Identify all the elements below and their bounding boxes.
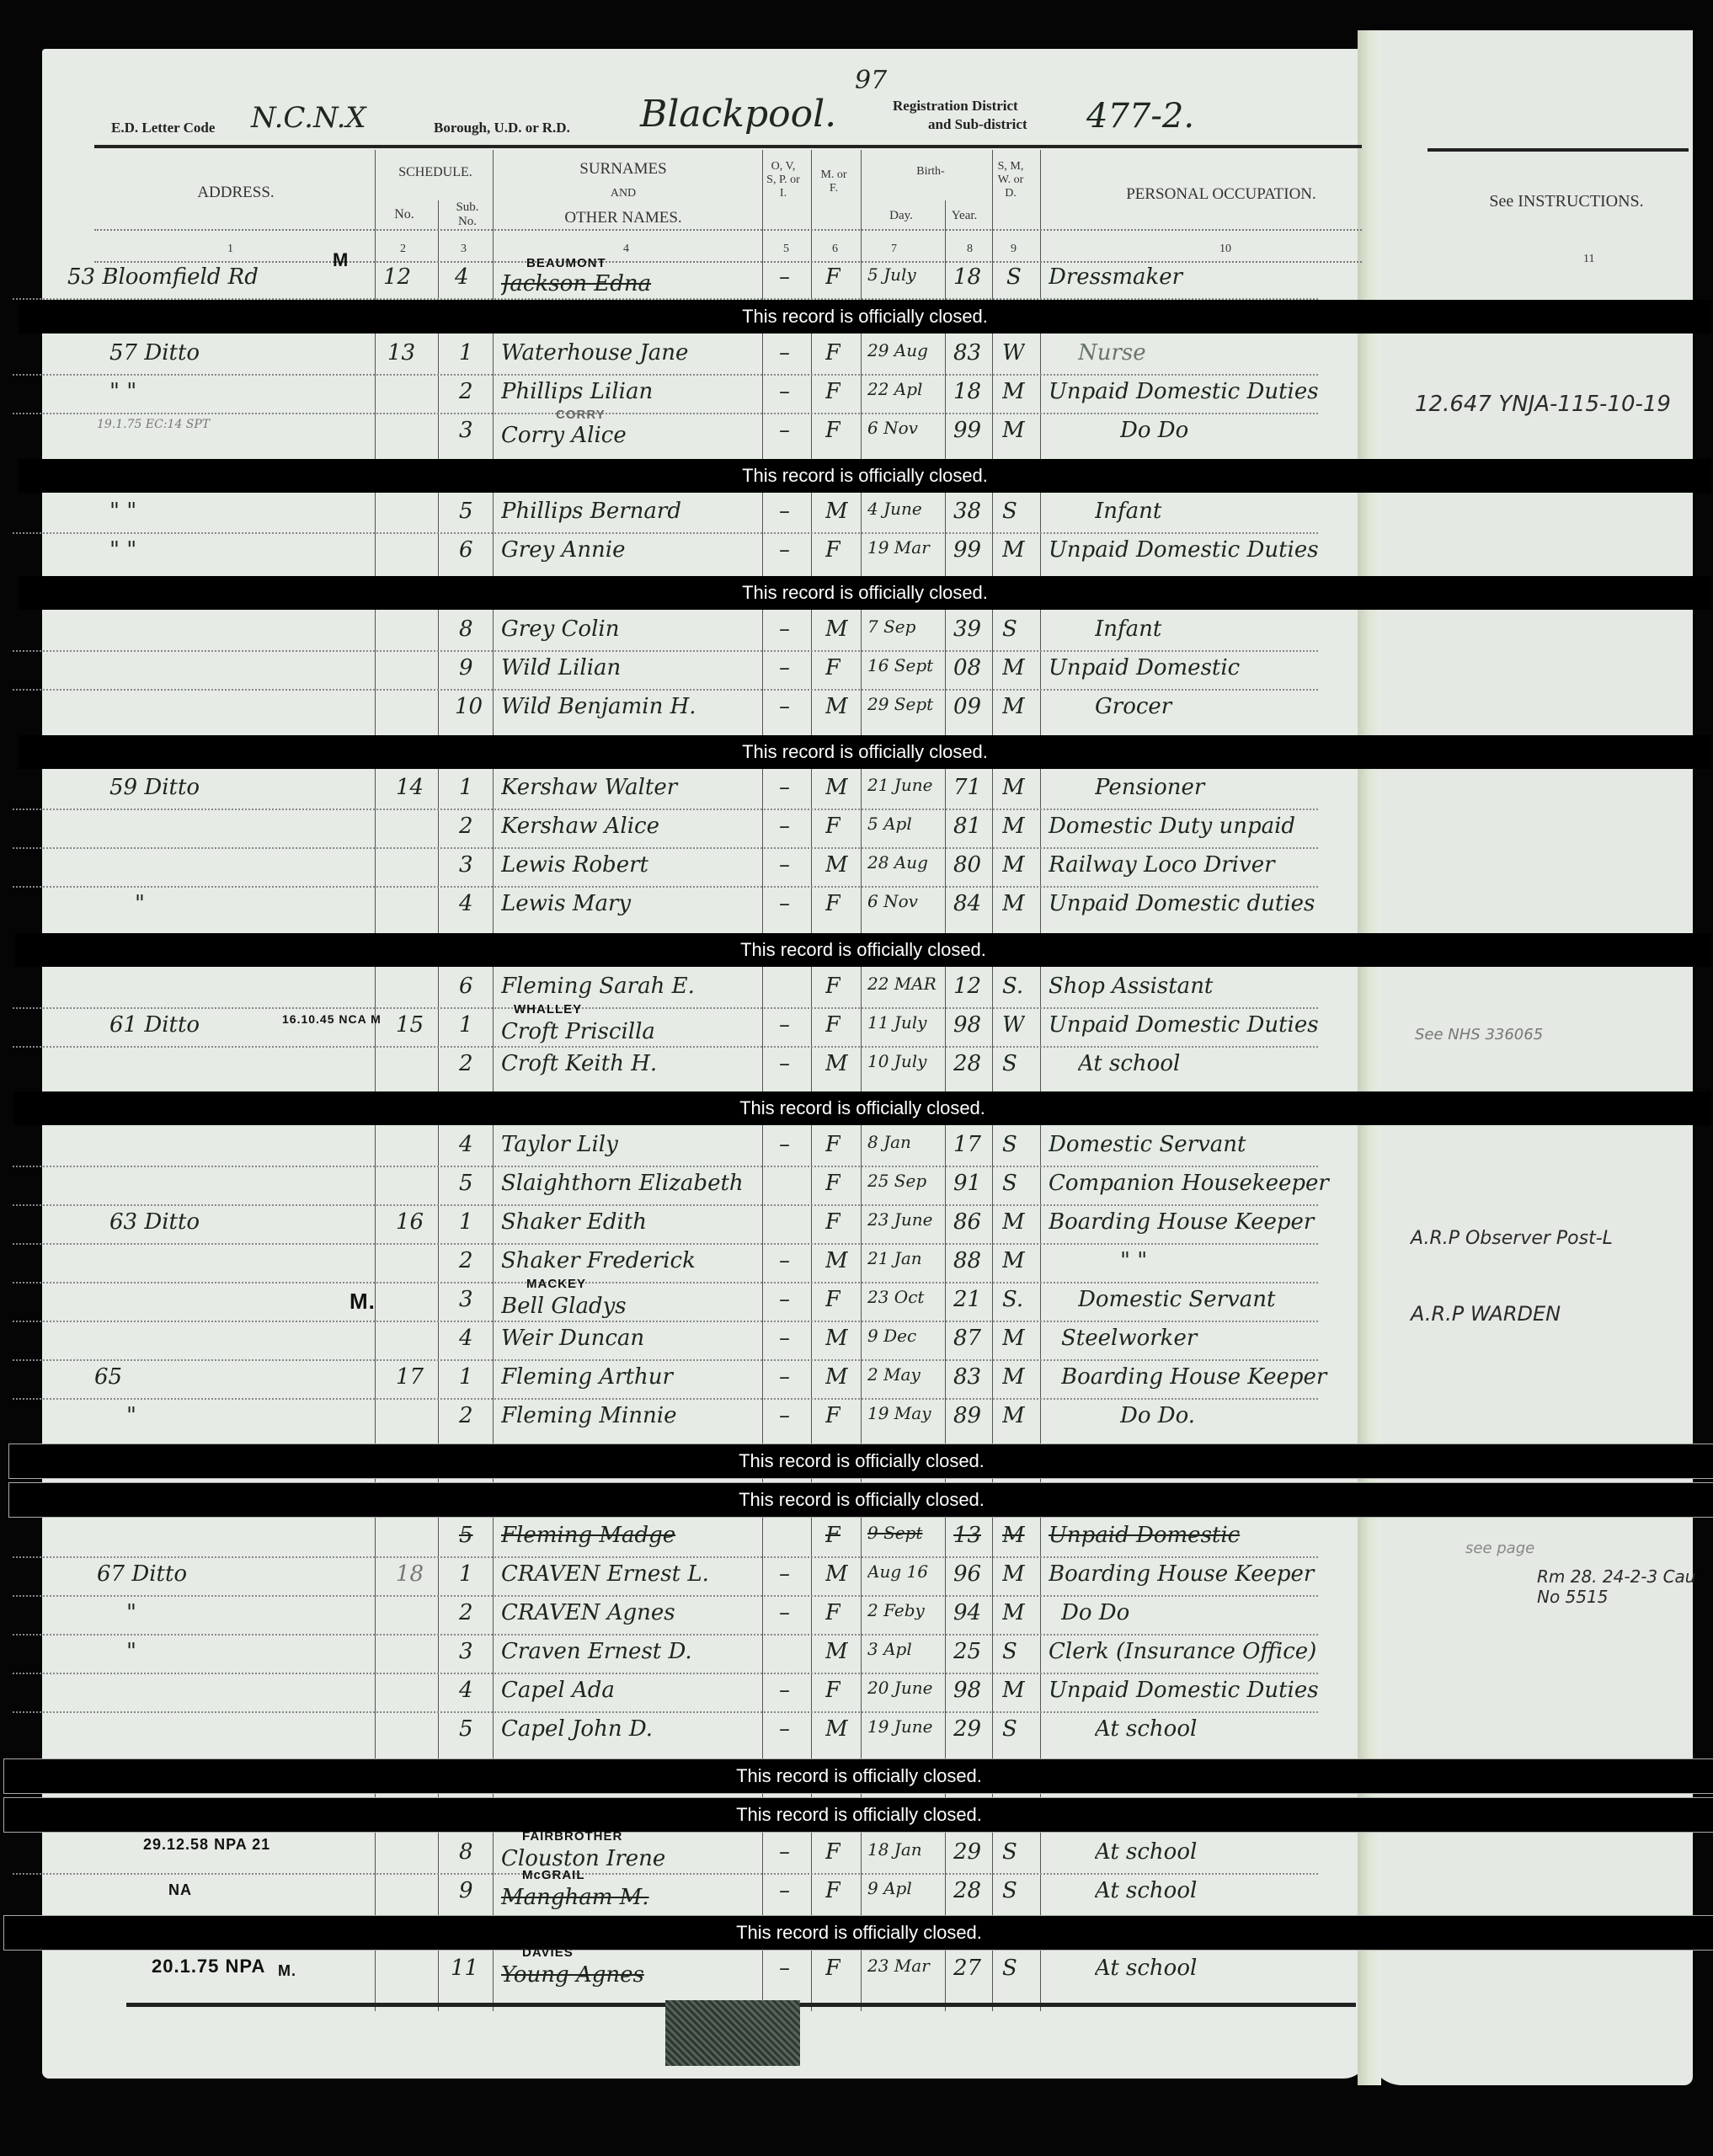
col11-note: Rm 28. 24-2-3 Cau No 5515 bbox=[1537, 1566, 1705, 1607]
sub-no-cell: 4 bbox=[459, 1132, 473, 1157]
birth-day-cell: 28 Aug bbox=[867, 852, 943, 873]
name-cell: Weir Duncan bbox=[501, 1326, 754, 1351]
col-num-4: 4 bbox=[623, 243, 629, 256]
birth-day-cell: 9 Apl bbox=[867, 1878, 943, 1898]
birth-day-cell: 5 July bbox=[867, 264, 943, 285]
ovspi-cell: – bbox=[779, 1051, 790, 1076]
sex-cell: F bbox=[825, 1209, 840, 1235]
table-row[interactable]: 9 Wild Lilian – F 16 Sept 08 M Unpaid Do… bbox=[0, 652, 1326, 691]
marital-cell: M bbox=[1002, 1678, 1025, 1703]
address-cell: " bbox=[126, 1600, 136, 1625]
address-annotation: 29.12.58 NPA 21 bbox=[143, 1836, 270, 1854]
col-surnames: SURNAMES bbox=[539, 160, 707, 179]
birth-day-cell: 23 Oct bbox=[867, 1287, 943, 1307]
closed-record-bar: This record is officially closed. bbox=[8, 1444, 1713, 1479]
sex-cell: M bbox=[825, 1248, 848, 1273]
occupation-cell: Domestic Servant bbox=[1078, 1287, 1356, 1312]
address-cell: 63 Ditto bbox=[109, 1209, 362, 1235]
name-cell: Wild Lilian bbox=[501, 655, 754, 680]
ed-letter-code-label: E.D. Letter Code bbox=[111, 120, 215, 136]
occupation-cell: Clerk (Insurance Office) bbox=[1049, 1639, 1360, 1664]
ovspi-cell: – bbox=[779, 499, 790, 524]
sub-no-cell: 4 bbox=[455, 264, 469, 290]
birth-day-cell: 20 June bbox=[867, 1678, 943, 1698]
col-ovspi: O, V, S, P. or I. bbox=[766, 160, 800, 200]
address-cell: " bbox=[135, 891, 145, 916]
name-cell: Lewis Robert bbox=[501, 852, 754, 878]
marital-cell: M bbox=[1002, 1523, 1025, 1548]
schedule-no-cell: 15 bbox=[396, 1012, 424, 1038]
name-correction: DAVIES bbox=[522, 1945, 574, 1960]
sex-cell: M bbox=[825, 1561, 848, 1587]
marital-cell: S. bbox=[1002, 1287, 1023, 1312]
table-row[interactable]: 67 Ditto 18 1 CRAVEN Ernest L. – M Aug 1… bbox=[0, 1558, 1326, 1597]
birth-day-cell: 22 Apl bbox=[867, 379, 943, 399]
birth-day-cell: 8 Jan bbox=[867, 1132, 943, 1152]
sub-no-cell: 8 bbox=[459, 616, 473, 642]
col-other-names: OTHER NAMES. bbox=[539, 209, 707, 227]
birth-day-cell: 22 MAR bbox=[867, 974, 943, 994]
name-cell: Grey Annie bbox=[501, 537, 754, 563]
page-number: 97 bbox=[855, 66, 887, 95]
sub-no-cell: 2 bbox=[459, 379, 473, 404]
closed-record-bar: This record is officially closed. bbox=[8, 1482, 1713, 1518]
table-row[interactable]: 65 17 1 Fleming Arthur – M 2 May 83 M Bo… bbox=[0, 1361, 1326, 1400]
sub-no-cell: 8 bbox=[459, 1839, 473, 1865]
birth-year-cell: 25 bbox=[953, 1639, 981, 1664]
table-row[interactable]: 19.1.75 EC:14 SPT 3 CORRY Corry Alice – … bbox=[0, 414, 1326, 453]
birth-year-cell: 87 bbox=[953, 1326, 981, 1351]
marital-cell: S bbox=[1002, 1639, 1017, 1664]
table-row[interactable]: 29.12.58 NPA 21 8 FAIRBROTHER Clouston I… bbox=[0, 1836, 1326, 1875]
sex-cell: F bbox=[825, 1523, 840, 1548]
address-annotation: M. bbox=[350, 1289, 376, 1315]
address-cell: 57 Ditto bbox=[109, 340, 362, 366]
col-num-11: 11 bbox=[1583, 253, 1594, 266]
name-cell: Capel Ada bbox=[501, 1678, 754, 1703]
sub-no-cell: 3 bbox=[459, 418, 473, 443]
birth-day-cell: 29 Aug bbox=[867, 340, 943, 360]
closed-record-bar: This record is officially closed. bbox=[19, 300, 1711, 334]
borough-value: Blackpool. bbox=[640, 93, 836, 136]
address-cell: 53 Bloomfield Rd bbox=[67, 264, 371, 290]
birth-day-cell: 16 Sept bbox=[867, 655, 943, 675]
closed-record-bar: This record is officially closed. bbox=[3, 1758, 1713, 1794]
table-row[interactable]: 63 Ditto 16 1 Shaker Edith F 23 June 86 … bbox=[0, 1206, 1326, 1245]
occupation-cell: Do Do bbox=[1120, 418, 1356, 443]
schedule-no-cell: 13 bbox=[387, 340, 415, 366]
marital-cell: S. bbox=[1002, 974, 1023, 999]
name-cell: Phillips Lilian bbox=[501, 379, 754, 404]
birth-year-cell: 98 bbox=[953, 1012, 981, 1038]
sub-no-cell: 6 bbox=[459, 974, 473, 999]
occupation-cell: Do Do bbox=[1061, 1600, 1356, 1625]
marital-annotation: M. bbox=[278, 1962, 296, 1980]
sex-cell: M bbox=[825, 852, 848, 878]
birth-year-cell: 12 bbox=[953, 974, 981, 999]
ovspi-cell: – bbox=[779, 1132, 790, 1157]
sub-no-cell: 9 bbox=[459, 1878, 473, 1903]
name-cell: Waterhouse Jane bbox=[501, 340, 754, 366]
ovspi-cell: – bbox=[779, 1012, 790, 1038]
table-row[interactable]: " " 5 Phillips Bernard – M 4 June 38 S I… bbox=[0, 495, 1326, 534]
sub-no-cell: 2 bbox=[459, 1248, 473, 1273]
table-row[interactable]: 2 Shaker Frederick – M 21 Jan 88 M " " bbox=[0, 1245, 1326, 1283]
birth-year-cell: 99 bbox=[953, 418, 981, 443]
sex-cell: M bbox=[825, 1051, 848, 1076]
table-row[interactable]: 57 Ditto 13 1 Waterhouse Jane – F 29 Aug… bbox=[0, 337, 1326, 376]
marital-cell: M bbox=[1002, 655, 1025, 680]
col11-note: A.R.P WARDEN bbox=[1411, 1302, 1561, 1326]
occupation-cell: Boarding House Keeper bbox=[1049, 1561, 1360, 1587]
name-cell: Wild Benjamin H. bbox=[501, 694, 754, 719]
table-row[interactable]: 5 Slaighthorn Elizabeth F 25 Sep 91 S Co… bbox=[0, 1167, 1326, 1206]
schedule-no-cell: 18 bbox=[396, 1561, 424, 1587]
table-row[interactable]: 10 Wild Benjamin H. – M 29 Sept 09 M Gro… bbox=[0, 691, 1326, 729]
occupation-cell: Companion Housekeeper bbox=[1049, 1171, 1360, 1196]
ovspi-cell: – bbox=[779, 1364, 790, 1390]
ovspi-cell: – bbox=[779, 655, 790, 680]
ovspi-cell: – bbox=[779, 1678, 790, 1703]
birth-year-cell: 18 bbox=[953, 379, 981, 404]
col-num-1: 1 bbox=[227, 243, 233, 256]
occupation-cell: Unpaid Domestic Duties bbox=[1049, 1012, 1360, 1038]
address-cell: 65 bbox=[94, 1364, 122, 1390]
marital-cell: M bbox=[1002, 1248, 1025, 1273]
name-cell: CRAVEN Agnes bbox=[501, 1600, 754, 1625]
table-row[interactable]: 2 Croft Keith H. – M 10 July 28 S At sch… bbox=[0, 1048, 1326, 1086]
address-annotation: M bbox=[333, 249, 349, 271]
sub-no-cell: 1 bbox=[459, 340, 473, 366]
address-cell: " bbox=[126, 1639, 136, 1664]
name-cell: Croft Keith H. bbox=[501, 1051, 754, 1076]
name-cell: Grey Colin bbox=[501, 616, 754, 642]
sex-cell: F bbox=[825, 1878, 840, 1903]
name-cell: Young Agnes bbox=[501, 1962, 754, 1988]
col-instructions: See INSTRUCTIONS. bbox=[1465, 192, 1668, 211]
sub-no-cell: 10 bbox=[455, 694, 483, 719]
marital-cell: W bbox=[1002, 340, 1025, 366]
col11-note: See NHS 336065 bbox=[1415, 1026, 1543, 1043]
ovspi-cell: – bbox=[779, 1248, 790, 1273]
sex-cell: M bbox=[825, 1716, 848, 1742]
address-annotation: 16.10.45 NCA M bbox=[282, 1012, 382, 1026]
table-row[interactable]: 53 Bloomfield Rd M 12 4 BEAUMONT Jackson… bbox=[0, 261, 1326, 300]
birth-year-cell: 86 bbox=[953, 1209, 981, 1235]
name-cell: Lewis Mary bbox=[501, 891, 754, 916]
birth-day-cell: 19 June bbox=[867, 1716, 943, 1737]
birth-year-cell: 08 bbox=[953, 655, 981, 680]
sex-cell: F bbox=[825, 1839, 840, 1865]
birth-day-cell: 23 June bbox=[867, 1209, 943, 1230]
closed-record-bar: This record is officially closed. bbox=[3, 1797, 1713, 1833]
birth-year-cell: 96 bbox=[953, 1561, 981, 1587]
sex-cell: M bbox=[825, 616, 848, 642]
birth-year-cell: 18 bbox=[953, 264, 981, 290]
occupation-cell: Pensioner bbox=[1095, 775, 1347, 800]
occupation-cell: Domestic Duty unpaid bbox=[1049, 814, 1360, 839]
marital-cell: S bbox=[1002, 1171, 1017, 1196]
name-cell: Fleming Sarah E. bbox=[501, 974, 754, 999]
marital-cell: S bbox=[1002, 1878, 1017, 1903]
birth-year-cell: 84 bbox=[953, 891, 981, 916]
ovspi-cell: – bbox=[779, 1600, 790, 1625]
birth-day-cell: Aug 16 bbox=[867, 1561, 943, 1582]
ovspi-cell: – bbox=[779, 1956, 790, 1981]
col11-note: 12.647 YNJA-115-10-19 bbox=[1415, 392, 1671, 417]
ovspi-cell: – bbox=[779, 1403, 790, 1428]
col-num-6: 6 bbox=[832, 243, 838, 256]
address-annotation: NA bbox=[168, 1881, 192, 1899]
birth-year-cell: 29 bbox=[953, 1839, 981, 1865]
occupation-cell: Shop Assistant bbox=[1049, 974, 1360, 999]
occupation-cell: Do Do. bbox=[1120, 1403, 1356, 1428]
col-and: AND bbox=[539, 187, 707, 200]
sub-no-cell: 6 bbox=[459, 537, 473, 563]
sex-cell: F bbox=[825, 264, 840, 290]
name-correction: FAIRBROTHER bbox=[522, 1829, 622, 1844]
occupation-cell: Unpaid Domestic bbox=[1049, 1523, 1360, 1548]
occupation-cell: Grocer bbox=[1095, 694, 1347, 719]
birth-day-cell: 10 July bbox=[867, 1051, 943, 1071]
address-cell: " " bbox=[109, 379, 362, 404]
birth-year-cell: 81 bbox=[953, 814, 981, 839]
name-cell: Shaker Edith bbox=[501, 1209, 754, 1235]
birth-year-cell: 71 bbox=[953, 775, 981, 800]
sex-cell: F bbox=[825, 1600, 840, 1625]
sub-no-cell: 5 bbox=[459, 1523, 473, 1548]
name-cell: Mangham M. bbox=[501, 1885, 754, 1910]
sub-no-cell: 1 bbox=[459, 1209, 473, 1235]
address-cell: 67 Ditto bbox=[97, 1561, 350, 1587]
ovspi-cell: – bbox=[779, 340, 790, 366]
address-cell: 59 Ditto bbox=[109, 775, 362, 800]
sex-cell: M bbox=[825, 694, 848, 719]
table-row[interactable]: " 3 Craven Ernest D. M 3 Apl 25 S Clerk … bbox=[0, 1636, 1326, 1674]
birth-day-cell: 21 Jan bbox=[867, 1248, 943, 1268]
address-cell: " bbox=[126, 1403, 136, 1428]
occupation-cell: Domestic Servant bbox=[1049, 1132, 1360, 1157]
sex-cell: F bbox=[825, 1171, 840, 1196]
marital-cell: S bbox=[1006, 264, 1022, 290]
ovspi-cell: – bbox=[779, 264, 790, 290]
occupation-cell: Boarding House Keeper bbox=[1061, 1364, 1356, 1390]
closed-record-bar: This record is officially closed. bbox=[19, 735, 1711, 769]
birth-year-cell: 27 bbox=[953, 1956, 981, 1981]
ovspi-cell: – bbox=[779, 775, 790, 800]
occupation-cell: Boarding House Keeper bbox=[1049, 1209, 1360, 1235]
table-row[interactable]: 2 Kershaw Alice – F 5 Apl 81 M Domestic … bbox=[0, 810, 1326, 849]
occupation-cell: Unpaid Domestic Duties bbox=[1049, 537, 1360, 563]
marital-cell: M bbox=[1002, 891, 1025, 916]
birth-year-cell: 13 bbox=[953, 1523, 981, 1548]
birth-year-cell: 80 bbox=[953, 852, 981, 878]
sub-no-cell: 2 bbox=[459, 1403, 473, 1428]
occupation-cell: Unpaid Domestic Duties bbox=[1049, 1678, 1360, 1703]
birth-year-cell: 21 bbox=[953, 1287, 981, 1312]
ovspi-cell: – bbox=[779, 616, 790, 642]
ovspi-cell: – bbox=[779, 814, 790, 839]
birth-day-cell: 4 June bbox=[867, 499, 943, 519]
table-row[interactable]: 5 Capel John D. – M 19 June 29 S At scho… bbox=[0, 1713, 1326, 1752]
marital-cell: S bbox=[1002, 1956, 1017, 1981]
registration-district-label: Registration District bbox=[893, 98, 1018, 115]
marital-cell: M bbox=[1002, 418, 1025, 443]
occupation-cell: Infant bbox=[1095, 499, 1347, 524]
birth-year-cell: 29 bbox=[953, 1716, 981, 1742]
closed-record-bar: This record is officially closed. bbox=[15, 933, 1711, 967]
ovspi-cell: – bbox=[779, 1716, 790, 1742]
col-num-7: 7 bbox=[891, 243, 897, 256]
marital-cell: S bbox=[1002, 1132, 1017, 1157]
table-row-struck[interactable]: 5 Fleming Madge F 9 Sept 13 M Unpaid Dom… bbox=[0, 1519, 1326, 1558]
name-correction: WHALLEY bbox=[514, 1002, 582, 1017]
header-rule bbox=[94, 145, 1362, 148]
sub-no-cell: 3 bbox=[459, 1287, 473, 1312]
name-cell: CRAVEN Ernest L. bbox=[501, 1561, 754, 1587]
table-row[interactable]: " 2 CRAVEN Agnes – F 2 Feby 94 M Do Do bbox=[0, 1597, 1326, 1636]
ovspi-cell: – bbox=[779, 1561, 790, 1587]
ovspi-cell: – bbox=[779, 418, 790, 443]
col-num-10: 10 bbox=[1219, 243, 1231, 256]
col-birth-day: Day. bbox=[867, 209, 935, 223]
header-rule-right bbox=[1427, 148, 1689, 152]
address-cell: " " bbox=[109, 537, 362, 563]
ovspi-cell: – bbox=[779, 694, 790, 719]
occupation-cell: " " bbox=[1120, 1248, 1356, 1273]
col-num-2: 2 bbox=[400, 243, 406, 256]
col-num-8: 8 bbox=[967, 243, 973, 256]
marital-cell: W bbox=[1002, 1012, 1025, 1038]
birth-day-cell: 25 Sep bbox=[867, 1171, 943, 1191]
schedule-no-cell: 16 bbox=[396, 1209, 424, 1235]
marital-cell: S bbox=[1002, 1839, 1017, 1865]
table-row[interactable]: NA 9 McGRAIL Mangham M. – F 9 Apl 28 S A… bbox=[0, 1875, 1326, 1913]
sex-cell: F bbox=[825, 1012, 840, 1038]
marital-cell: M bbox=[1002, 1209, 1025, 1235]
sex-cell: F bbox=[825, 814, 840, 839]
col-address: ADDRESS. bbox=[168, 184, 303, 202]
birth-year-cell: 83 bbox=[953, 340, 981, 366]
name-cell: Shaker Frederick bbox=[501, 1248, 754, 1273]
table-row[interactable]: " " 6 Grey Annie – F 19 Mar 99 M Unpaid … bbox=[0, 534, 1326, 573]
address-annotation: 20.1.75 NPA bbox=[152, 1956, 265, 1977]
ovspi-cell: – bbox=[779, 537, 790, 563]
birth-day-cell: 6 Nov bbox=[867, 418, 943, 438]
sub-no-cell: 5 bbox=[459, 1716, 473, 1742]
birth-day-cell: 23 Mar bbox=[867, 1956, 943, 1976]
ovspi-cell: – bbox=[779, 891, 790, 916]
sex-cell: F bbox=[825, 379, 840, 404]
marital-cell: M bbox=[1002, 379, 1025, 404]
closed-record-bar: This record is officially closed. bbox=[3, 1915, 1713, 1951]
occupation-cell: At school bbox=[1078, 1051, 1356, 1076]
marital-cell: S bbox=[1002, 1051, 1017, 1076]
table-row[interactable]: M. 3 MACKEY Bell Gladys – F 23 Oct 21 S.… bbox=[0, 1283, 1326, 1322]
address-cell: 61 Ditto bbox=[109, 1012, 278, 1038]
col-num-3: 3 bbox=[461, 243, 467, 256]
sex-cell: M bbox=[825, 1326, 848, 1351]
name-cell: Croft Priscilla bbox=[501, 1019, 754, 1044]
col-birth-year: Year. bbox=[943, 209, 985, 223]
closed-record-bar: This record is officially closed. bbox=[19, 459, 1711, 493]
occupation-cell: Unpaid Domestic Duties bbox=[1049, 379, 1360, 404]
sub-no-cell: 1 bbox=[459, 1364, 473, 1390]
table-row[interactable]: " 2 Fleming Minnie – F 19 May 89 M Do Do… bbox=[0, 1400, 1326, 1438]
birth-day-cell: 6 Nov bbox=[867, 891, 943, 911]
sex-cell: F bbox=[825, 1132, 840, 1157]
sex-cell: F bbox=[825, 340, 840, 366]
birth-day-cell: 21 June bbox=[867, 775, 943, 795]
occupation-cell: Unpaid Domestic bbox=[1049, 655, 1360, 680]
redaction-stamp bbox=[665, 2000, 800, 2066]
sub-no-cell: 1 bbox=[459, 775, 473, 800]
col-marital: S, M, W. or D. bbox=[994, 160, 1027, 200]
table-row[interactable]: 4 Capel Ada – F 20 June 98 M Unpaid Dome… bbox=[0, 1674, 1326, 1713]
birth-day-cell: 9 Sept bbox=[867, 1523, 943, 1543]
name-cell: Fleming Madge bbox=[501, 1523, 754, 1548]
marital-cell: M bbox=[1002, 1561, 1025, 1587]
table-row[interactable]: " 4 Lewis Mary – F 6 Nov 84 M Unpaid Dom… bbox=[0, 888, 1326, 926]
birth-year-cell: 94 bbox=[953, 1600, 981, 1625]
table-row[interactable]: 4 Taylor Lily – F 8 Jan 17 S Domestic Se… bbox=[0, 1129, 1326, 1167]
col-num-9: 9 bbox=[1011, 243, 1017, 256]
table-row[interactable]: 8 Grey Colin – M 7 Sep 39 S Infant bbox=[0, 613, 1326, 652]
occupation-cell: Railway Loco Driver bbox=[1049, 852, 1360, 878]
table-row[interactable]: " " 2 Phillips Lilian – F 22 Apl 18 M Un… bbox=[0, 376, 1326, 414]
sex-cell: M bbox=[825, 1639, 848, 1664]
sex-cell: M bbox=[825, 775, 848, 800]
occupation-cell: Dressmaker bbox=[1049, 264, 1360, 290]
birth-year-cell: 83 bbox=[953, 1364, 981, 1390]
birth-day-cell: 19 May bbox=[867, 1403, 943, 1423]
sex-cell: F bbox=[825, 891, 840, 916]
sex-cell: M bbox=[825, 1364, 848, 1390]
birth-year-cell: 28 bbox=[953, 1878, 981, 1903]
sub-no-cell: 2 bbox=[459, 1051, 473, 1076]
table-row[interactable]: 3 Lewis Robert – M 28 Aug 80 M Railway L… bbox=[0, 849, 1326, 888]
schedule-no-cell: 12 bbox=[383, 264, 411, 290]
birth-year-cell: 99 bbox=[953, 537, 981, 563]
birth-day-cell: 5 Apl bbox=[867, 814, 943, 834]
table-row[interactable]: 6 Fleming Sarah E. F 22 MAR 12 S. Shop A… bbox=[0, 970, 1326, 1009]
name-cell: Fleming Minnie bbox=[501, 1403, 754, 1428]
name-cell: Jackson Edna bbox=[501, 271, 754, 296]
occupation-cell: Steelworker bbox=[1061, 1326, 1356, 1351]
ovspi-cell: – bbox=[779, 1878, 790, 1903]
ovspi-cell: – bbox=[779, 379, 790, 404]
name-correction: MACKEY bbox=[526, 1277, 586, 1291]
table-row[interactable]: 20.1.75 NPA M. 11 DAVIES Young Agnes – F… bbox=[0, 1952, 1326, 1991]
sub-no-cell: 1 bbox=[459, 1012, 473, 1038]
table-row[interactable]: 4 Weir Duncan – M 9 Dec 87 M Steelworker bbox=[0, 1322, 1326, 1361]
birth-year-cell: 17 bbox=[953, 1132, 981, 1157]
name-cell: Taylor Lily bbox=[501, 1132, 754, 1157]
birth-year-cell: 39 bbox=[953, 616, 981, 642]
birth-year-cell: 88 bbox=[953, 1248, 981, 1273]
marital-cell: M bbox=[1002, 1600, 1025, 1625]
birth-day-cell: 9 Dec bbox=[867, 1326, 943, 1346]
table-row[interactable]: 59 Ditto 14 1 Kershaw Walter – M 21 June… bbox=[0, 771, 1326, 810]
marital-cell: M bbox=[1002, 1326, 1025, 1351]
table-row[interactable]: 61 Ditto 16.10.45 NCA M 15 1 WHALLEY Cro… bbox=[0, 1009, 1326, 1048]
sub-no-cell: 2 bbox=[459, 1600, 473, 1625]
sex-cell: F bbox=[825, 418, 840, 443]
ovspi-cell: – bbox=[779, 852, 790, 878]
sex-cell: M bbox=[825, 499, 848, 524]
birth-day-cell: 2 May bbox=[867, 1364, 943, 1385]
address-cell: 19.1.75 EC:14 SPT bbox=[97, 418, 265, 431]
